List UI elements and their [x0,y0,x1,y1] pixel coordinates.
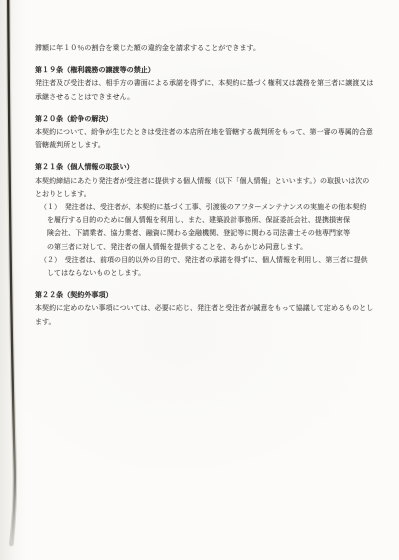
article-21-body-line: とおりとします。 [35,188,375,201]
article-21-item-1-line: 険会社、下請業者、協力業者、融資に関わる金融機関、登記等に関わる司法書士その他専… [35,227,375,240]
contract-text-block: 滞額に年１０％の割合を乗じた額の違約金を請求することができます。 第１９条（権利… [35,42,375,329]
article-21-body-line: 本契約締結にあたり発注者が受注者に提供する個人情報（以下「個人情報」といいます。… [35,175,375,188]
article-21-item-2-line: してはならないものとします。 [35,267,375,280]
article-19-body-line: 発注者及び受注者は、相手方の書面による承諾を得ずに、本契約に基づく権利又は義務を… [35,77,375,90]
article-heading-22: 第２２条（契約外事項） [35,289,375,302]
article-21-item-1-line: を履行する目的のために個人情報を利用し、また、建築設計事務所、保証委託会社、提携… [35,214,375,227]
article-19-body-line: 承継させることはできません。 [35,91,375,104]
article-22-body-line: 本契約に定めのない事項については、必要に応じ、発注者と受注者が誠意をもって協議し… [35,302,375,315]
article-22-body-line: ます。 [35,316,375,329]
article-20-body-line: 本契約について、紛争が生じたときは受注者の本店所在地を管轄する裁判所をもって、第… [35,126,375,139]
scanned-contract-page: 滞額に年１０％の割合を乗じた額の違約金を請求することができます。 第１９条（権利… [0,0,399,560]
article-heading-20: 第２０条（紛争の解決） [35,113,375,126]
paragraph-continuation: 滞額に年１０％の割合を乗じた額の違約金を請求することができます。 [35,42,375,55]
article-21-item-1: （１） 発注者は、受注者が、本契約に基づく工事、引渡後のアフターメンテナンスの実… [35,201,375,214]
article-heading-21: 第２１条（個人情報の取扱い） [35,161,375,174]
article-21-item-2: （２） 受注者は、前項の目的以外の目的で、発注者の承諾を得ずに、個人情報を利用し… [35,254,375,267]
article-20-body-line: 管轄裁判所とします。 [35,139,375,152]
article-heading-19: 第１９条（権利義務の譲渡等の禁止） [35,64,375,77]
article-21-item-1-line: の第三者に対して、発注者の個人情報を提供することを、あらかじめ同意します。 [35,241,375,254]
